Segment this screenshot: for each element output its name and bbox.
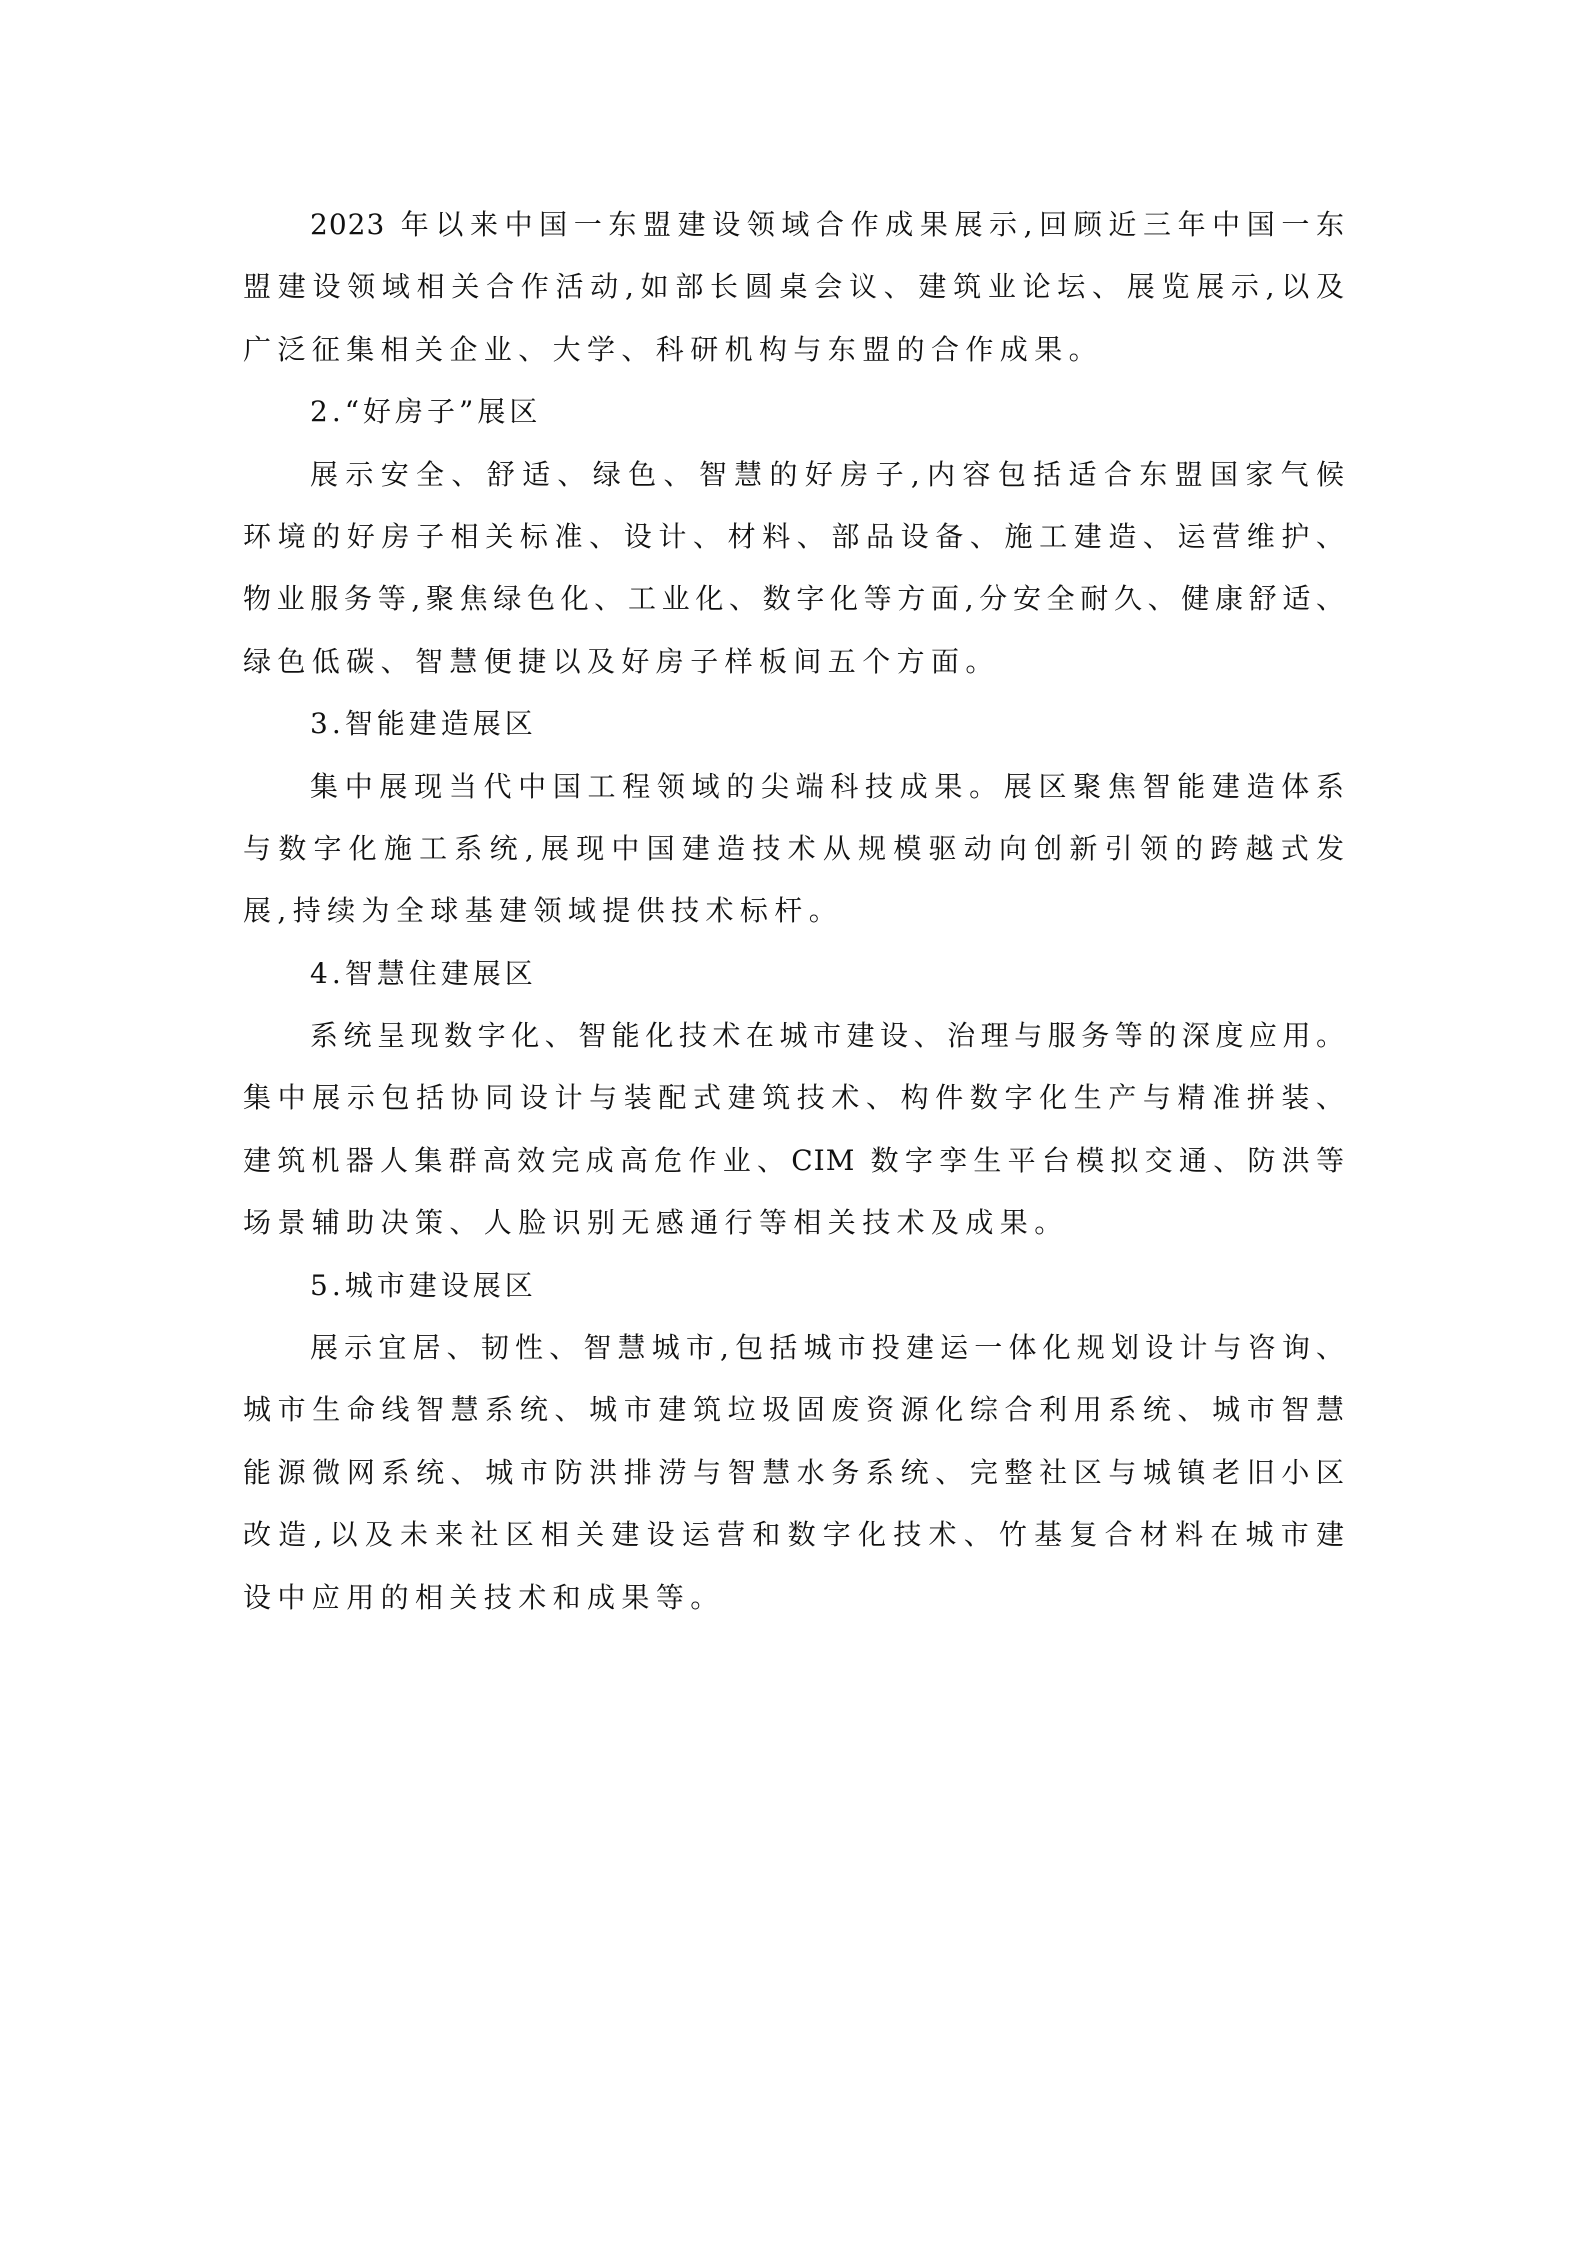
section-good-housing: 2.“好房子”展区 展示安全、舒适、绿色、智慧的好房子,内容包括适合东盟国家气候…	[243, 381, 1345, 693]
section-urban-construction: 5.城市建设展区 展示宜居、韧性、智慧城市,包括城市投建运一体化规划设计与咨询、…	[243, 1255, 1345, 1629]
paragraph-line: 集中展现当代中国工程领域的尖端科技成果。展区聚焦智能建造体系	[243, 756, 1345, 818]
paragraph-line: 绿色低碳、智慧便捷以及好房子样板间五个方面。	[243, 631, 1345, 693]
paragraph-line: 环境的好房子相关标准、设计、材料、部品设备、施工建造、运营维护、	[243, 506, 1345, 568]
paragraph-intro: 2023 年以来中国一东盟建设领域合作成果展示,回顾近三年中国一东 盟建设领域相…	[243, 194, 1345, 381]
section-heading: 2.“好房子”展区	[243, 381, 1345, 443]
section-heading: 4.智慧住建展区	[243, 943, 1345, 1005]
section-heading: 5.城市建设展区	[243, 1255, 1345, 1317]
document-page: 2023 年以来中国一东盟建设领域合作成果展示,回顾近三年中国一东 盟建设领域相…	[0, 0, 1588, 2245]
document-body: 2023 年以来中国一东盟建设领域合作成果展示,回顾近三年中国一东 盟建设领域相…	[243, 194, 1345, 1629]
paragraph-line: 展示安全、舒适、绿色、智慧的好房子,内容包括适合东盟国家气候	[243, 444, 1345, 506]
section-smart-housing-construction: 4.智慧住建展区 系统呈现数字化、智能化技术在城市建设、治理与服务等的深度应用。…	[243, 943, 1345, 1255]
section-heading: 3.智能建造展区	[243, 693, 1345, 755]
paragraph-line: 场景辅助决策、人脸识别无感通行等相关技术及成果。	[243, 1192, 1345, 1254]
paragraph-line: 集中展示包括协同设计与装配式建筑技术、构件数字化生产与精准拼装、	[243, 1067, 1345, 1129]
paragraph-line: 盟建设领域相关合作活动,如部长圆桌会议、建筑业论坛、展览展示,以及	[243, 256, 1345, 318]
section-intelligent-construction: 3.智能建造展区 集中展现当代中国工程领域的尖端科技成果。展区聚焦智能建造体系 …	[243, 693, 1345, 943]
paragraph-line: 能源微网系统、城市防洪排涝与智慧水务系统、完整社区与城镇老旧小区	[243, 1442, 1345, 1504]
paragraph-line: 系统呈现数字化、智能化技术在城市建设、治理与服务等的深度应用。	[243, 1005, 1345, 1067]
paragraph-line: 城市生命线智慧系统、城市建筑垃圾固废资源化综合利用系统、城市智慧	[243, 1379, 1345, 1441]
paragraph-line: 展,持续为全球基建领域提供技术标杆。	[243, 880, 1345, 942]
paragraph-line: 与数字化施工系统,展现中国建造技术从规模驱动向创新引领的跨越式发	[243, 818, 1345, 880]
paragraph-line: 展示宜居、韧性、智慧城市,包括城市投建运一体化规划设计与咨询、	[243, 1317, 1345, 1379]
paragraph-line: 设中应用的相关技术和成果等。	[243, 1567, 1345, 1629]
paragraph-line: 广泛征集相关企业、大学、科研机构与东盟的合作成果。	[243, 319, 1345, 381]
paragraph-line: 物业服务等,聚焦绿色化、工业化、数字化等方面,分安全耐久、健康舒适、	[243, 568, 1345, 630]
paragraph-line: 改造,以及未来社区相关建设运营和数字化技术、竹基复合材料在城市建	[243, 1504, 1345, 1566]
paragraph-line: 2023 年以来中国一东盟建设领域合作成果展示,回顾近三年中国一东	[243, 194, 1345, 256]
paragraph-line: 建筑机器人集群高效完成高危作业、CIM 数字孪生平台模拟交通、防洪等	[243, 1130, 1345, 1192]
